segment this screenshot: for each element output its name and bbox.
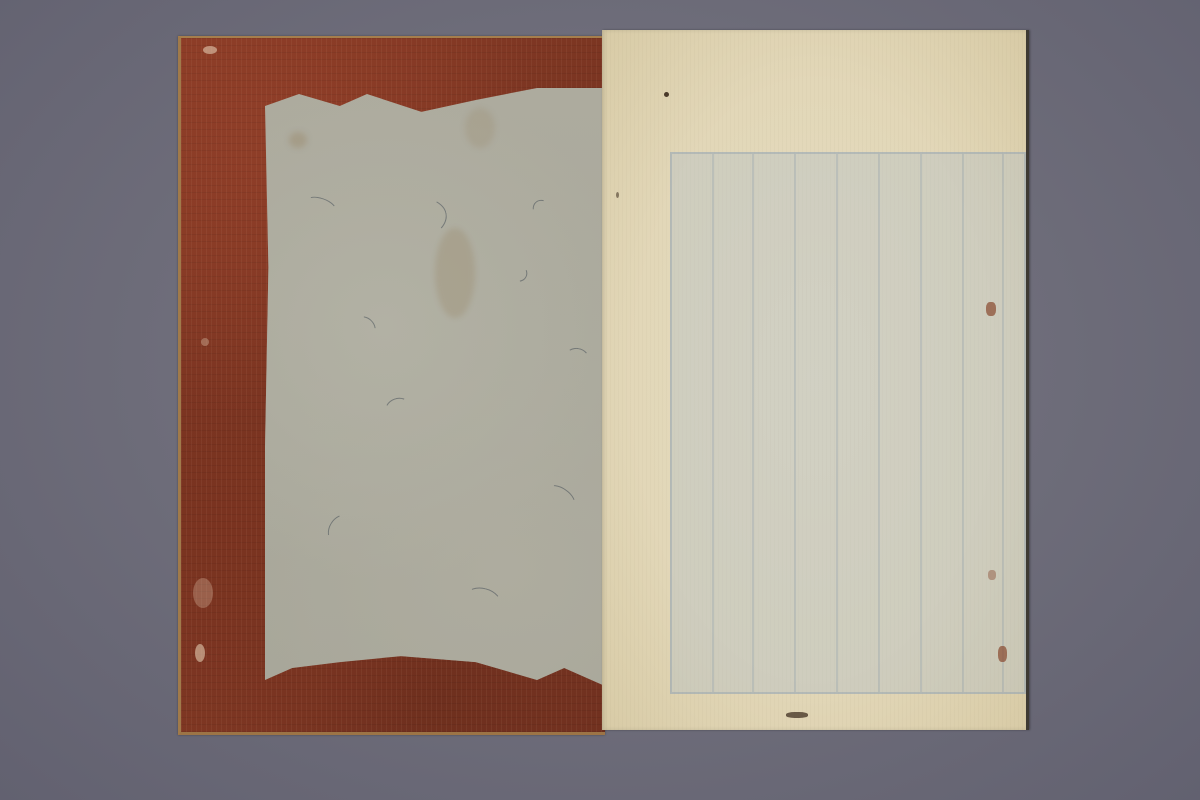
paper-fiber <box>382 193 450 245</box>
first-leaf-page <box>602 30 1029 730</box>
bleed-column-line <box>920 154 922 692</box>
foxing-spot <box>986 302 996 316</box>
cover-scuff <box>201 338 209 346</box>
paper-stain <box>435 228 475 318</box>
foxing-spot <box>998 646 1007 662</box>
bleed-column-line <box>752 154 754 692</box>
paper-fiber <box>543 480 580 513</box>
bleed-column-line <box>794 154 796 692</box>
paper-fiber <box>563 346 590 370</box>
cover-scuff <box>203 46 217 54</box>
paper-fiber <box>499 256 532 286</box>
page-tear-mark <box>786 712 808 718</box>
paper-fiber <box>527 195 564 234</box>
ink-speck <box>616 192 619 198</box>
cover-scuff <box>193 578 213 608</box>
bleed-column-line <box>1002 154 1004 692</box>
print-bleed-through-block <box>670 152 1026 694</box>
gray-pastedown-paper <box>265 88 605 686</box>
bleed-column-line <box>836 154 838 692</box>
paper-fiber <box>353 313 380 340</box>
paper-fiber <box>323 511 357 548</box>
ink-speck <box>664 92 669 97</box>
foxing-spot <box>988 570 996 580</box>
bleed-column-line <box>878 154 880 692</box>
bleed-column-line <box>962 154 964 692</box>
paper-stain <box>289 132 307 148</box>
open-book <box>0 0 1200 800</box>
paper-fiber <box>303 193 339 219</box>
bleed-column-line <box>712 154 714 692</box>
inside-front-cover <box>178 36 605 735</box>
paper-stain <box>465 108 495 148</box>
paper-fiber <box>463 584 504 616</box>
paper-fiber <box>382 394 414 424</box>
cover-scuff <box>195 644 205 662</box>
